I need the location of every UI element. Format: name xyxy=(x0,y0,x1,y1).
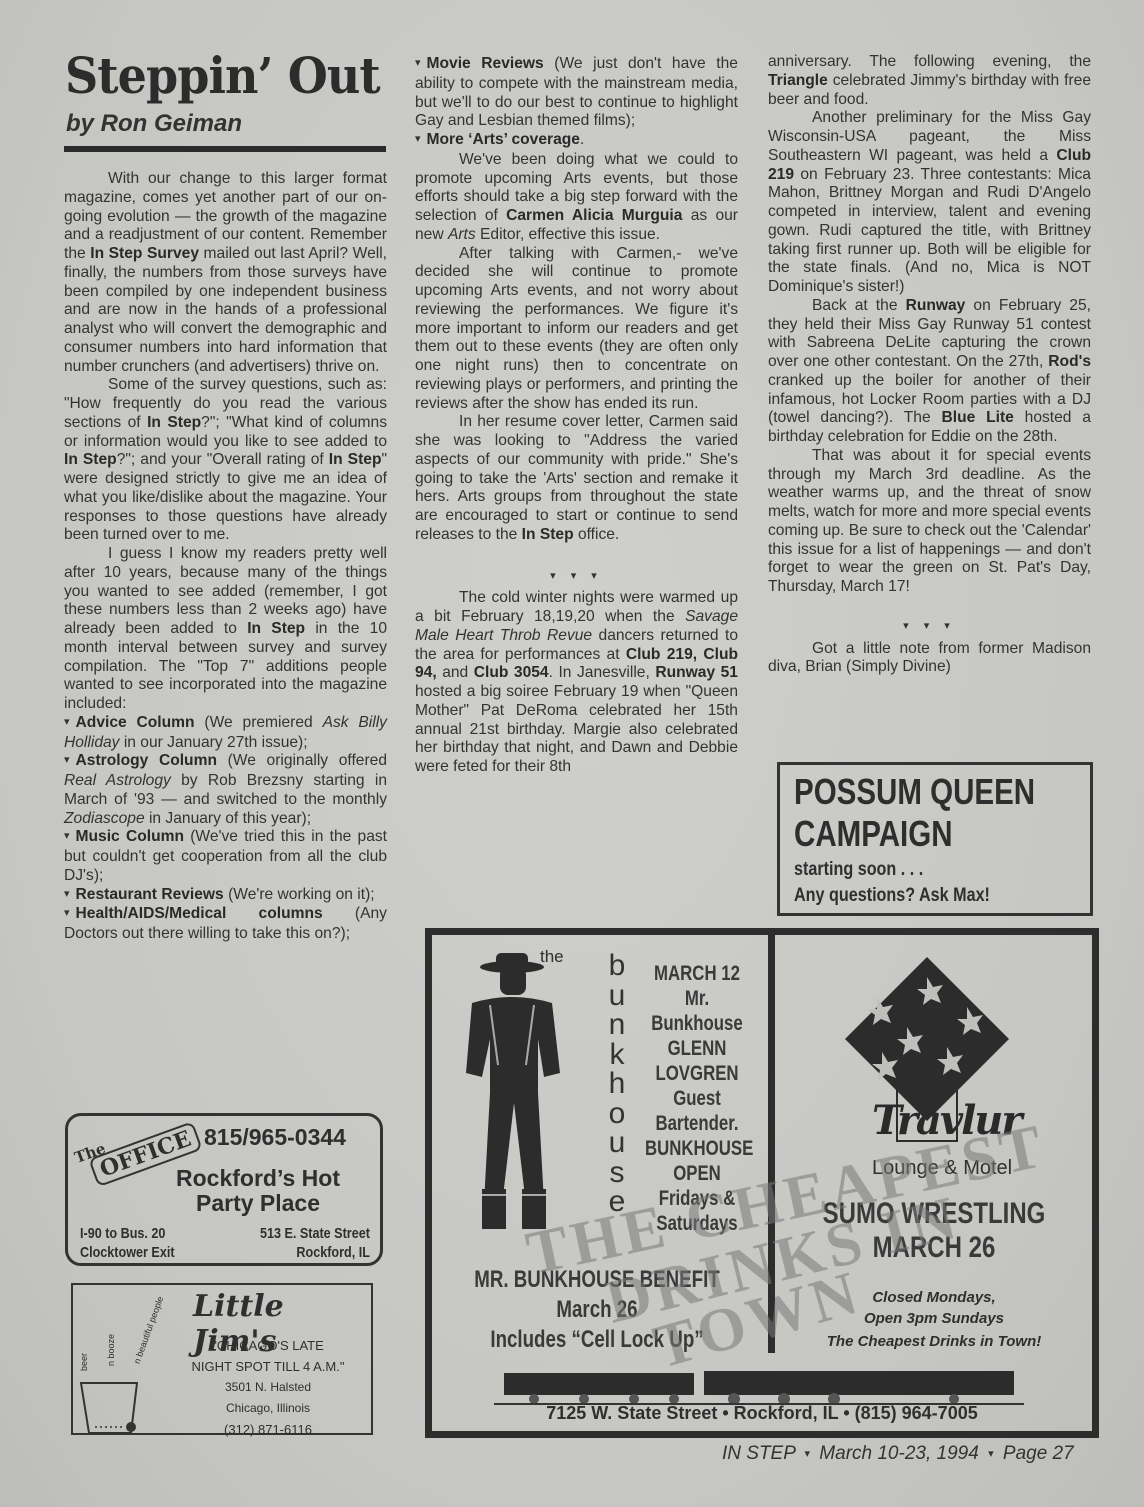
little-jims-ad: Little Jim's beer n booze n beautiful pe… xyxy=(71,1283,373,1435)
ad-subline: starting soon . . . xyxy=(794,857,1034,883)
little-jims-details: "CHICAGO'S LATE NIGHT SPOT TILL 4 A.M." … xyxy=(173,1335,363,1440)
list-item: Restaurant Reviews (We're working on it)… xyxy=(64,886,387,906)
triangle-bullet-icon: ▾ xyxy=(804,1448,810,1460)
event-line: MARCH 12 xyxy=(645,961,749,986)
office-address: 513 E. State Street Rockford, IL xyxy=(239,1224,370,1262)
office-phone: 815/965-0344 xyxy=(204,1124,346,1151)
paragraph: We've been doing what we could to promot… xyxy=(415,151,738,245)
tagline-line: Rockford’s Hot xyxy=(158,1166,358,1191)
page-title: Steppin’ Out xyxy=(65,46,380,105)
the-office-ad: The OFFICE 815/965-0344 Rockford’s Hot P… xyxy=(65,1113,383,1266)
list-item: Astrology Column (We originally offered … xyxy=(64,752,387,828)
issue-dates: March 10-23, 1994 xyxy=(819,1443,979,1464)
article-column-2: Movie Reviews (We just don't have the ab… xyxy=(415,55,738,777)
event-line: BUNKHOUSE xyxy=(645,1136,749,1161)
section-separator: ▾ ▾ ▾ xyxy=(768,617,1091,636)
logo-letter: u xyxy=(602,981,632,1011)
glass-label: beer xyxy=(79,1353,89,1371)
paragraph: That was about it for special events thr… xyxy=(768,447,1091,597)
list-item: Health/AIDS/Medical columns (Any Doctors… xyxy=(64,905,387,944)
glass-icon xyxy=(79,1381,139,1436)
office-tagline: Rockford’s Hot Party Place xyxy=(158,1166,358,1216)
logo-letter: s xyxy=(602,1158,632,1188)
logo-letter: b xyxy=(602,951,632,981)
logo-letter: u xyxy=(602,1128,632,1158)
page-number: Page 27 xyxy=(1003,1443,1074,1464)
article-column-3: anniversary. The following evening, the … xyxy=(768,53,1091,677)
publication-name: IN STEP xyxy=(722,1443,795,1464)
address-bar: 7125 W. State Street • Rockford, IL • (8… xyxy=(432,1403,1092,1424)
page-footer: IN STEP ▾ March 10-23, 1994 ▾ Page 27 xyxy=(722,1443,1074,1465)
glass-label: n booze xyxy=(106,1334,116,1366)
directions-line: I-90 to Bus. 20 xyxy=(80,1224,165,1243)
tagline-line: Party Place xyxy=(158,1191,358,1216)
slogan-line: "CHICAGO'S LATE xyxy=(173,1335,363,1356)
address-line: Rockford, IL xyxy=(260,1243,370,1262)
logo-letter: o xyxy=(602,1099,632,1129)
bunkhouse-the: the xyxy=(540,947,564,967)
logo-letter: n xyxy=(602,1010,632,1040)
list-item: Music Column (We've tried this in the pa… xyxy=(64,828,387,885)
bunkhouse-travlur-ad: the b u n k h o u s e MARCH 12 Mr. Bunkh… xyxy=(425,928,1099,1438)
event-line: Bunkhouse xyxy=(645,1011,749,1036)
paragraph: Some of the survey questions, such as: "… xyxy=(64,376,387,545)
byline: by Ron Geiman xyxy=(66,110,242,138)
paragraph: Got a little note from former Madison di… xyxy=(768,640,1091,678)
list-item: Movie Reviews (We just don't have the ab… xyxy=(415,55,738,131)
paragraph: After talking with Carmen,- we've decide… xyxy=(415,245,738,414)
section-separator: ▾ ▾ ▾ xyxy=(415,567,738,586)
event-line: Mr. xyxy=(645,986,749,1011)
event-line: Guest xyxy=(645,1086,749,1111)
paragraph: Another preliminary for the Miss Gay Wis… xyxy=(768,109,1091,297)
magazine-page: Steppin’ Out by Ron Geiman With our chan… xyxy=(0,0,1144,1507)
office-directions: I-90 to Bus. 20 Clocktower Exit xyxy=(80,1224,193,1262)
directions-line: Clocktower Exit xyxy=(80,1243,175,1262)
paragraph: I guess I know my readers pretty well af… xyxy=(64,545,387,714)
title-rule xyxy=(64,146,386,152)
bunkhouse-vertical-logo: b u n k h o u s e xyxy=(602,951,632,1217)
glass-label: n beautiful people xyxy=(132,1295,166,1365)
event-line: LOVGREN xyxy=(645,1061,749,1086)
address-line: Chicago, Illinois xyxy=(173,1398,363,1419)
address-line: 513 E. State Street xyxy=(260,1224,370,1243)
paragraph: anniversary. The following evening, the … xyxy=(768,53,1091,109)
list-item: Advice Column (We premiered Ask Billy Ho… xyxy=(64,714,387,753)
possum-queen-ad: POSSUM QUEEN CAMPAIGN starting soon . . … xyxy=(777,762,1093,916)
ad-headline: CAMPAIGN xyxy=(794,813,1025,855)
logo-letter: h xyxy=(602,1069,632,1099)
list-item: More ‘Arts’ coverage. xyxy=(415,131,738,151)
paragraph: With our change to this larger format ma… xyxy=(64,170,387,376)
triangle-bullet-icon: ▾ xyxy=(988,1448,994,1460)
ad-subline: Any questions? Ask Max! xyxy=(794,883,1034,909)
phone-line: (312) 871-6116 xyxy=(173,1419,363,1440)
paragraph: Back at the Runway on February 25, they … xyxy=(768,297,1091,447)
ad-headline: POSSUM QUEEN xyxy=(794,771,1025,813)
cowboy-figure-icon xyxy=(452,953,572,1233)
slogan-line: NIGHT SPOT TILL 4 A.M." xyxy=(173,1356,363,1377)
train-icon xyxy=(494,1367,1024,1407)
paragraph: In her resume cover letter, Carmen said … xyxy=(415,413,738,544)
paragraph: The cold winter nights were warmed up a … xyxy=(415,589,738,777)
address-line: 3501 N. Halsted xyxy=(173,1377,363,1398)
event-line: Bartender. xyxy=(645,1111,749,1136)
logo-letter: k xyxy=(602,1040,632,1070)
event-line: GLENN xyxy=(645,1036,749,1061)
article-column-1: With our change to this larger format ma… xyxy=(64,170,387,944)
